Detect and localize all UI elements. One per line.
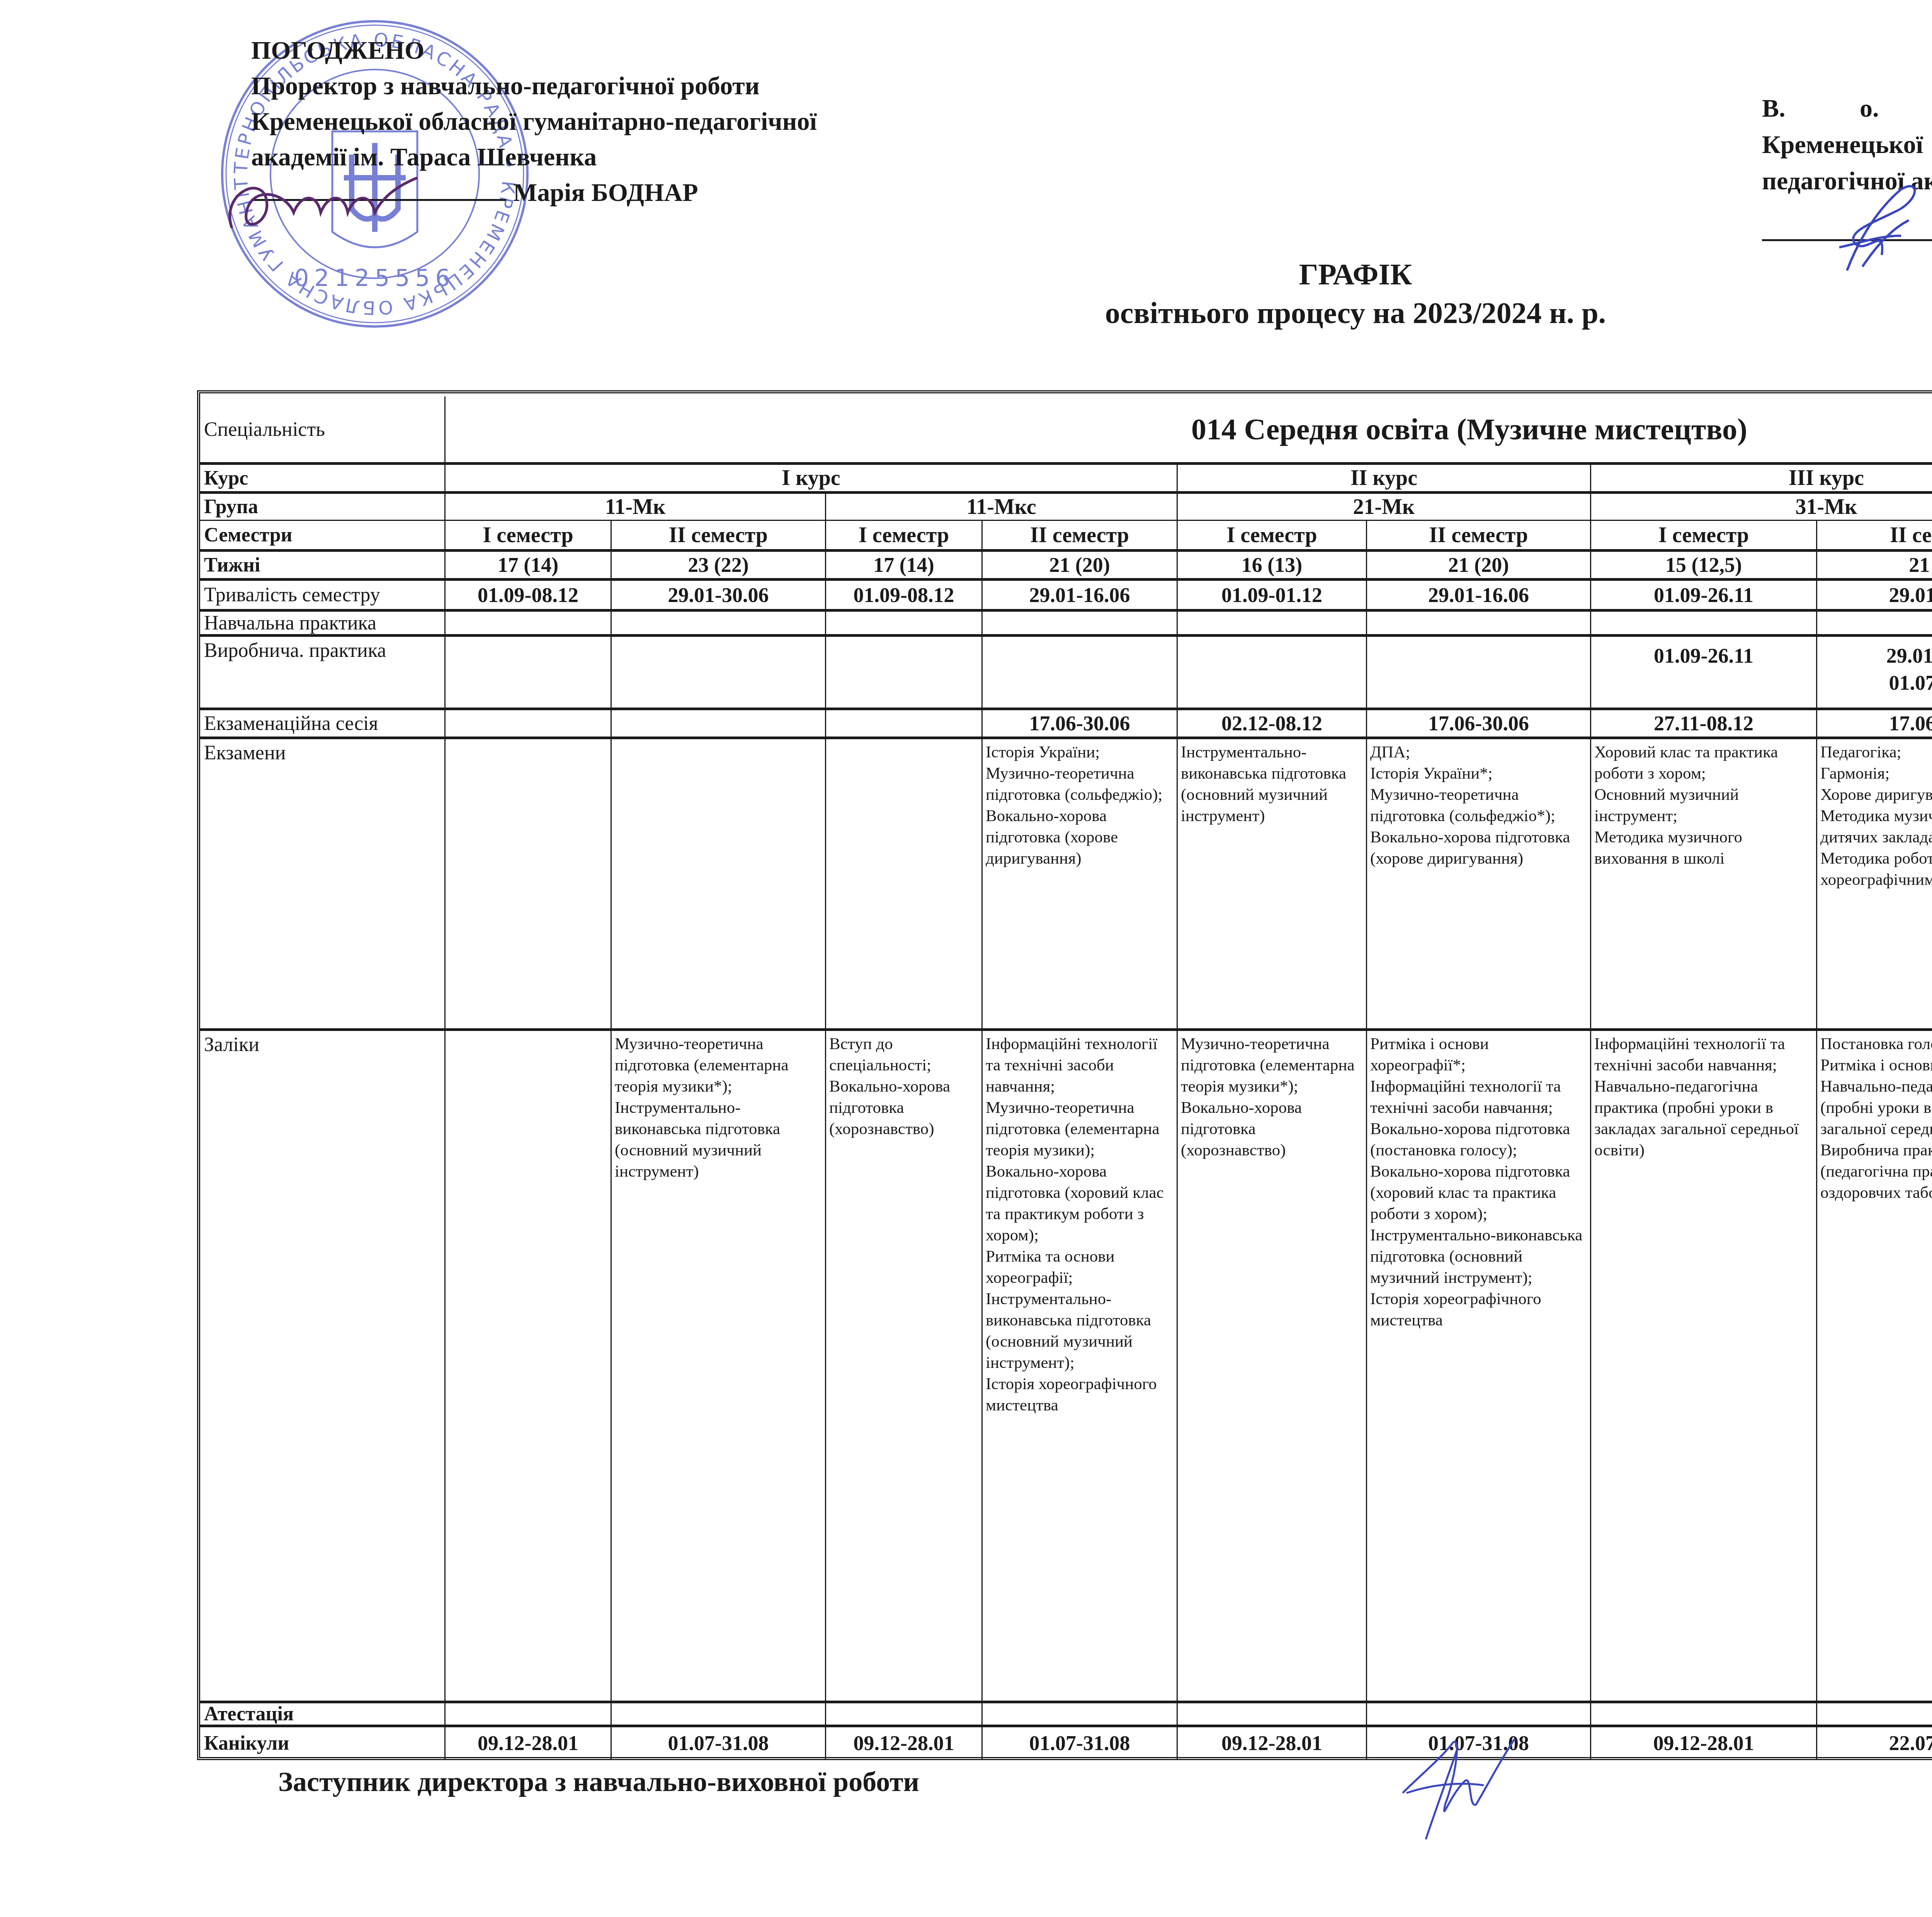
row-label-weeks: Тижні: [200, 552, 446, 581]
exams-cell: Хоровий клас та практика роботи з хором;…: [1591, 739, 1817, 1031]
exam-session-cell: 17.06-30.06: [983, 710, 1178, 739]
work-practice-cell: [1178, 637, 1367, 710]
weeks-cell: 17 (14): [826, 552, 983, 581]
weeks-cell: 16 (13): [1178, 552, 1367, 581]
row-label-attestation: Атестація: [200, 1703, 446, 1727]
credits-cell: Музично-теоретична підготовка (елементар…: [612, 1031, 826, 1703]
work-practice-cell: [1367, 637, 1591, 710]
weeks-cell: 17 (14): [446, 552, 612, 581]
semester-header: II семестр: [1367, 521, 1591, 552]
signature-line: [251, 176, 506, 201]
attestation-cell: [983, 1703, 1178, 1727]
approval-line: Кременецької обласної гуманітарно-педаго…: [251, 104, 985, 139]
duration-cell: 01.09-08.12: [446, 581, 612, 612]
row-label-exam_session: Екзаменаційна сесія: [200, 710, 446, 739]
attestation-cell: [1178, 1703, 1367, 1727]
attestation-cell: [1367, 1703, 1591, 1727]
approval-heading: ЗАТВЕРДЖУЮ: [1762, 54, 1932, 90]
study-practice-cell: [1817, 612, 1932, 637]
weeks-cell: 21 (20): [1367, 552, 1591, 581]
group-header: 11-Мкс: [826, 494, 1178, 521]
study-practice-cell: [1178, 612, 1367, 637]
credits-cell: Ритміка і основи хореографії*; Інформаці…: [1367, 1031, 1591, 1703]
work-practice-cell: [826, 637, 983, 710]
course-header: III курс: [1591, 465, 1932, 494]
duration-cell: 01.09-08.12: [826, 581, 983, 612]
work-practice-cell: [612, 637, 826, 710]
approval-line: В. о. директора Фахового коледжу: [1762, 90, 1932, 127]
approval-block-right: ЗАТВЕРДЖУЮ В. о. директора Фахового коле…: [1762, 54, 1932, 251]
weeks-cell: 21 (20): [1817, 552, 1932, 581]
approval-signer: Марія БОДНАР: [513, 179, 698, 207]
attestation-cell: [1591, 1703, 1817, 1727]
holidays-cell: 09.12-28.01: [826, 1727, 983, 1760]
specialty-label: Спеціальність: [200, 396, 446, 465]
semester-header: I семестр: [1178, 521, 1367, 552]
attestation-cell: [612, 1703, 826, 1727]
signature-line: [1762, 216, 1932, 241]
approval-line: педагогічної академії ім. Тараса Шевченк…: [1762, 163, 1932, 199]
semester-header: I семестр: [446, 521, 612, 552]
exam-session-cell: 17.06-30.06: [1817, 710, 1932, 739]
holidays-cell: 01.07-31.08: [612, 1727, 826, 1760]
study-practice-cell: [983, 612, 1178, 637]
holidays-cell: 22.07-31.08: [1817, 1727, 1932, 1760]
exam-session-cell: [446, 710, 612, 739]
exam-session-cell: [826, 710, 983, 739]
study-practice-cell: [1367, 612, 1591, 637]
exams-cell: Історія України; Музично-теоретична підг…: [983, 739, 1178, 1031]
row-label-duration: Тривалість семестру: [200, 581, 446, 612]
semester-header: I семестр: [826, 521, 983, 552]
exam-session-cell: 27.11-08.12: [1591, 710, 1817, 739]
holidays-cell: 09.12-28.01: [1178, 1727, 1367, 1760]
title-sub: освітнього процесу на 2023/2024 н. р.: [0, 294, 1932, 332]
holidays-cell: 01.07-31.08: [1367, 1727, 1591, 1760]
work-practice-cell: 29.01-16.06, 01.07-21.07: [1817, 637, 1932, 710]
row-label-holidays: Канікули: [200, 1727, 446, 1760]
exams-cell: [826, 739, 983, 1031]
weeks-cell: 23 (22): [612, 552, 826, 581]
specialty-value: 014 Середня освіта (Музичне мистецтво): [446, 396, 1932, 465]
approval-line: Кременецької обласної гуманітарно-: [1762, 127, 1932, 163]
row-label-semesters: Семестри: [200, 521, 446, 552]
group-header: 21-Мк: [1178, 494, 1591, 521]
attestation-cell: [1817, 1703, 1932, 1727]
group-header: 11-Мк: [446, 494, 826, 521]
duration-cell: 29.01-16.06: [1817, 581, 1932, 612]
group-header: 31-Мк: [1591, 494, 1932, 521]
holidays-cell: 09.12-28.01: [1591, 1727, 1817, 1760]
weeks-cell: 21 (20): [983, 552, 1178, 581]
semester-header: I семестр: [1591, 521, 1817, 552]
row-label-group: Група: [200, 494, 446, 521]
study-practice-cell: [826, 612, 983, 637]
credits-cell: Інформаційні технології та технічні засо…: [1591, 1031, 1817, 1703]
attestation-cell: [826, 1703, 983, 1727]
work-practice-cell: [983, 637, 1178, 710]
exam-session-cell: [612, 710, 826, 739]
weeks-cell: 15 (12,5): [1591, 552, 1817, 581]
study-practice-cell: [1591, 612, 1817, 637]
study-practice-cell: [612, 612, 826, 637]
approval-line: академії ім. Тараса Шевченка: [251, 139, 985, 175]
row-label-course: Курс: [200, 465, 446, 494]
attestation-cell: [446, 1703, 612, 1727]
exams-cell: ДПА; Історія України*; Музично-теоретичн…: [1367, 739, 1591, 1031]
credits-cell: [446, 1031, 612, 1703]
exam-session-cell: 02.12-08.12: [1178, 710, 1367, 739]
work-practice-cell: 01.09-26.11: [1591, 637, 1817, 710]
exams-cell: Інструментально-виконавська підготовка (…: [1178, 739, 1367, 1031]
semester-header: II семестр: [612, 521, 826, 552]
row-label-credits: Заліки: [200, 1031, 446, 1703]
document-title: ГРАФІК освітнього процесу на 2023/2024 н…: [0, 255, 1932, 332]
exams-cell: Педагогіка; Гармонія; Хорове диригування…: [1817, 739, 1932, 1031]
credits-cell: Постановка голосу; Ритміка і основи хоре…: [1817, 1031, 1932, 1703]
footer-role: Заступник директора з навчально-виховної…: [278, 1766, 919, 1798]
exams-cell: [612, 739, 826, 1031]
study-practice-cell: [446, 612, 612, 637]
row-label-work_practice: Виробнича. практика: [200, 637, 446, 710]
title-main: ГРАФІК: [0, 255, 1932, 294]
holidays-cell: 09.12-28.01: [446, 1727, 612, 1760]
duration-cell: 29.01-30.06: [612, 581, 826, 612]
approval-heading: ПОГОДЖЕНО: [251, 33, 985, 68]
credits-cell: Інформаційні технології та технічні засо…: [983, 1031, 1178, 1703]
row-label-exams: Екзамени: [200, 739, 446, 1031]
semester-header: II семестр: [983, 521, 1178, 552]
exams-cell: [446, 739, 612, 1031]
duration-cell: 29.01-16.06: [983, 581, 1178, 612]
holidays-cell: 01.07-31.08: [983, 1727, 1178, 1760]
work-practice-cell: [446, 637, 612, 710]
duration-cell: 01.09-01.12: [1178, 581, 1367, 612]
approval-block-left: ПОГОДЖЕНО Проректор з навчально-педагогі…: [251, 33, 985, 211]
approval-line: Проректор з навчально-педагогічної робот…: [251, 68, 985, 104]
semester-header: II семестр: [1817, 521, 1932, 552]
credits-cell: Вступ до спеціальності; Вокально-хорова …: [826, 1031, 983, 1703]
exam-session-cell: 17.06-30.06: [1367, 710, 1591, 739]
row-label-study_practice: Навчальна практика: [200, 612, 446, 637]
duration-cell: 01.09-26.11: [1591, 581, 1817, 612]
course-header: I курс: [446, 465, 1178, 494]
course-header: II курс: [1178, 465, 1591, 494]
schedule-table: Спеціальність014 Середня освіта (Музичне…: [197, 390, 1932, 1760]
duration-cell: 29.01-16.06: [1367, 581, 1591, 612]
credits-cell: Музично-теоретична підготовка (елементар…: [1178, 1031, 1367, 1703]
